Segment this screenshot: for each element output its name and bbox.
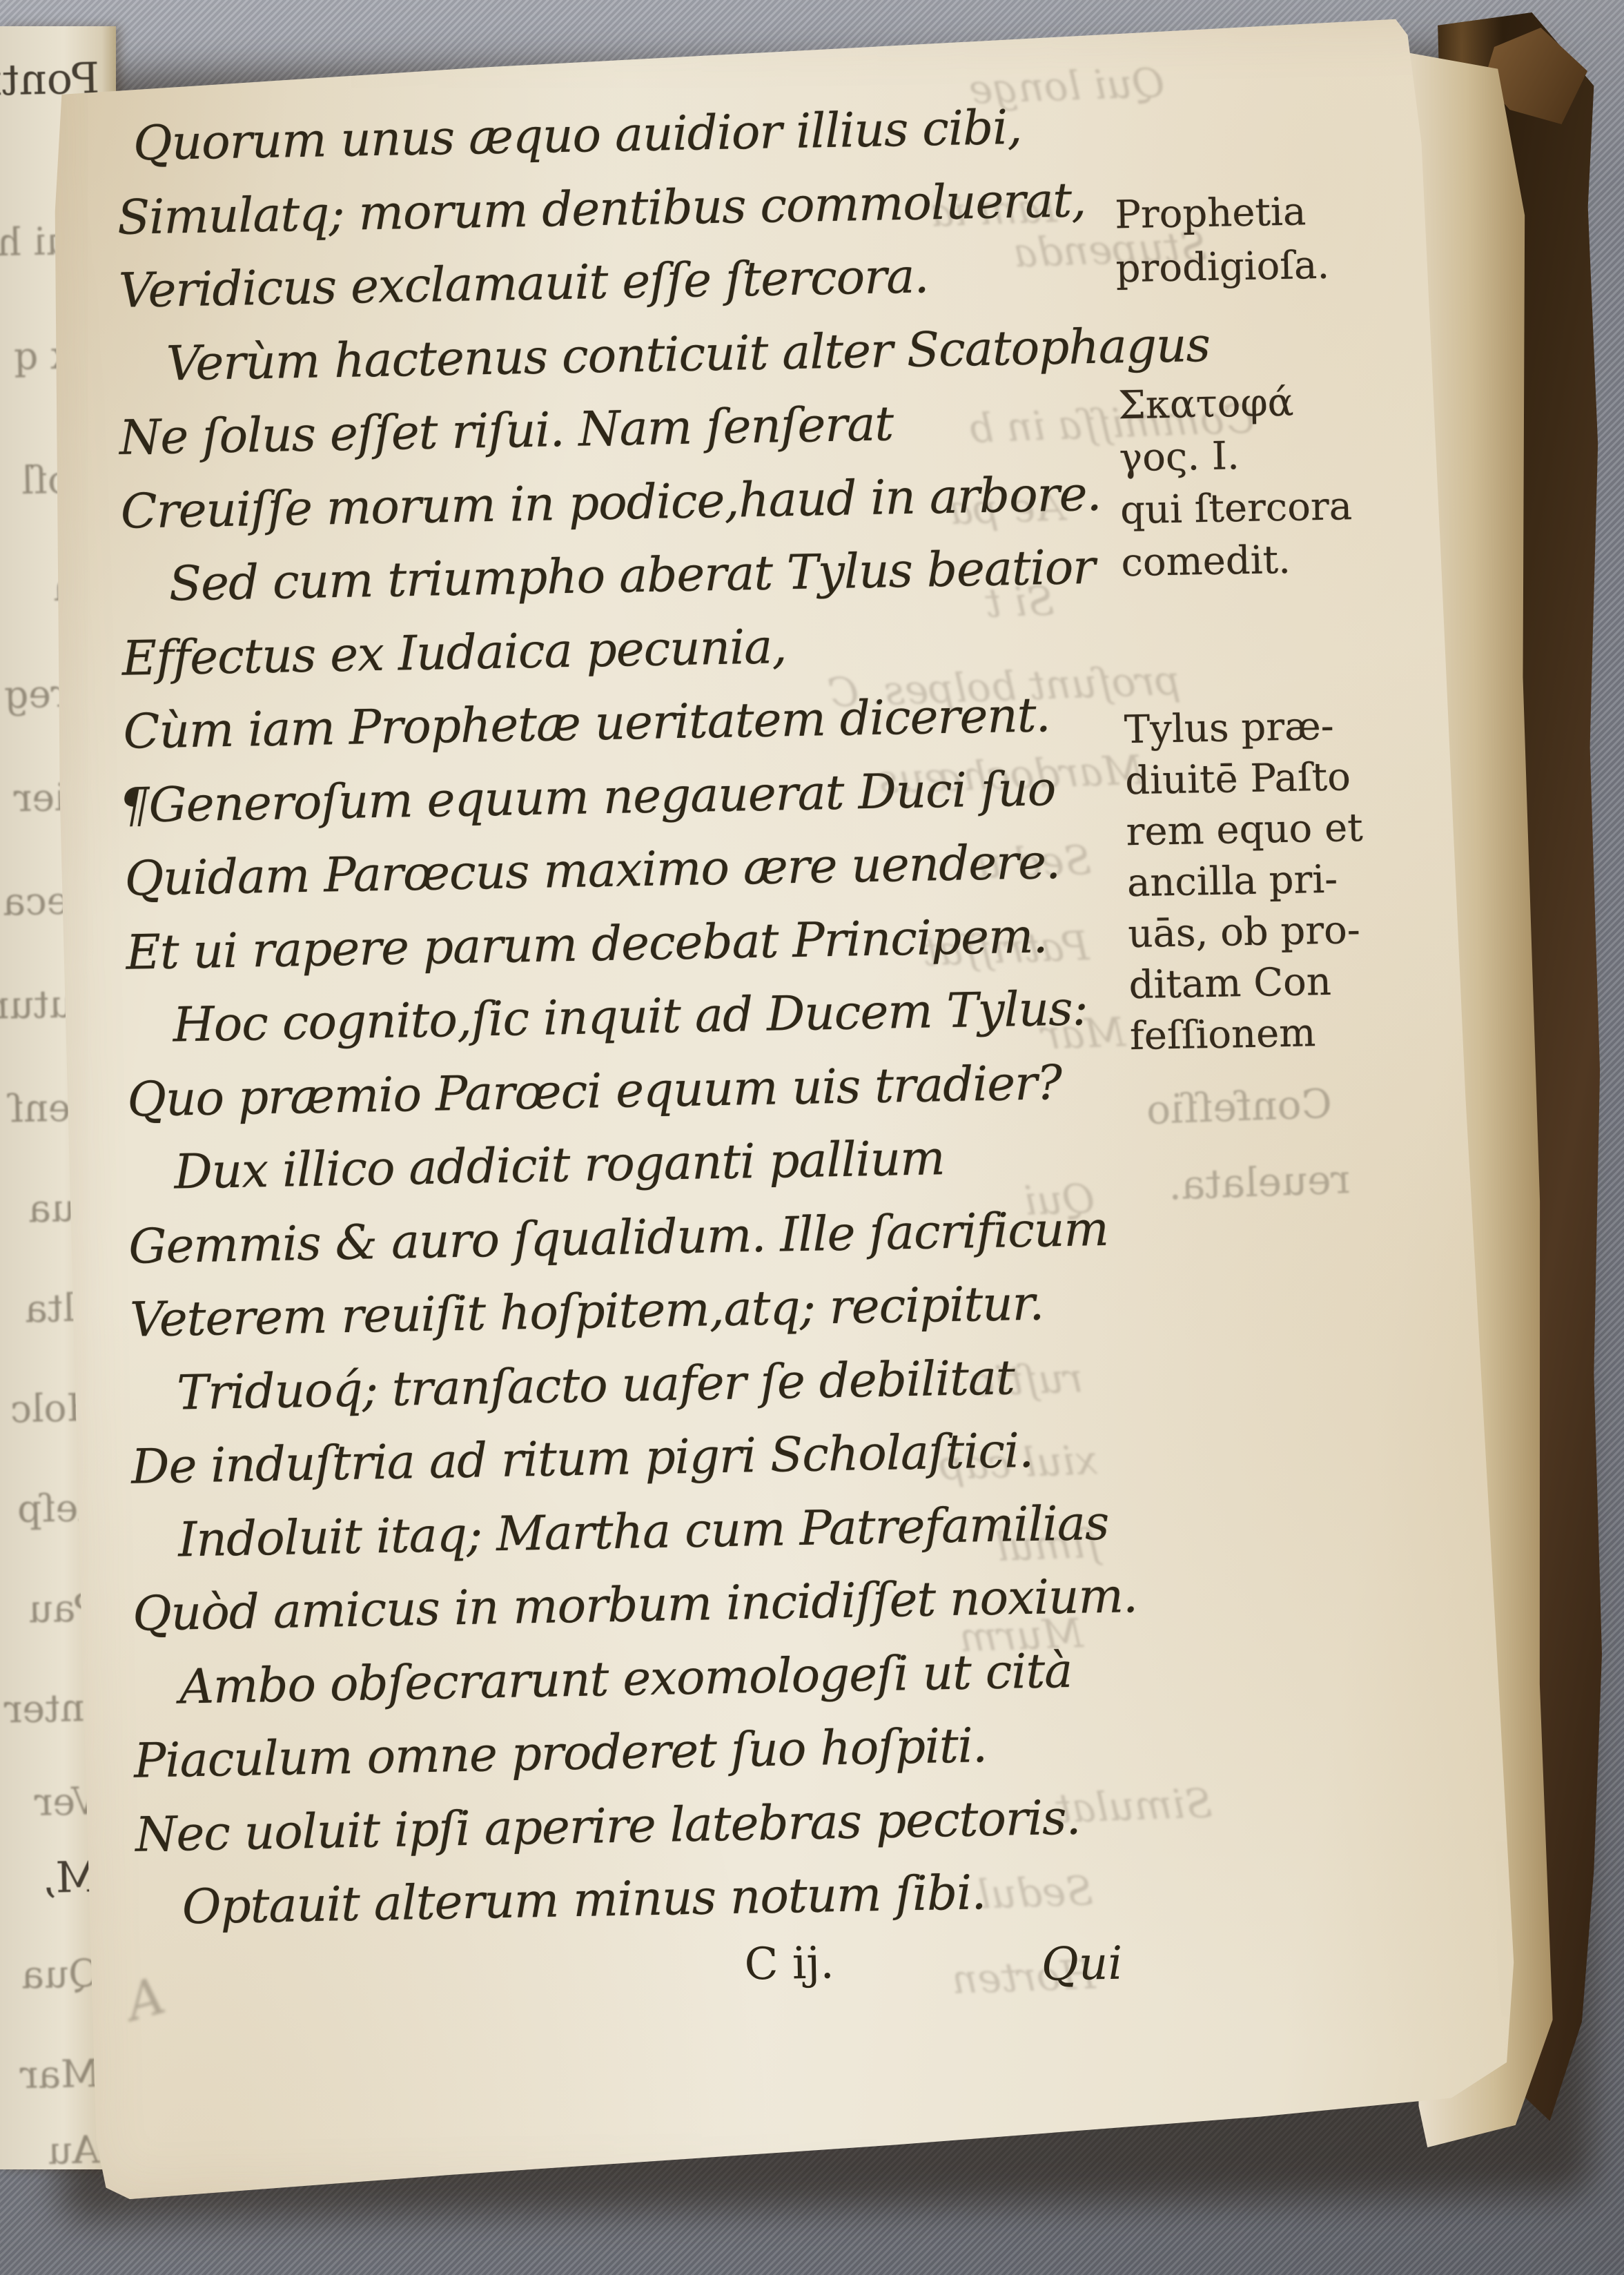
verse-line: Indoluit itaq; Martha cum Patrefamilias — [177, 1496, 1108, 1568]
bleed-fragment: Qua — [21, 1951, 100, 1997]
margin-note-tylus-line: feſſionem — [1129, 1010, 1315, 1059]
verse-line: Hoc cognito,ſic inquit ad Ducem Tylus: — [173, 981, 1088, 1053]
ghost-margin-note: reuelata. — [1168, 1155, 1351, 1209]
photo-of-book-page: { "photo": { "background_fabric_light": … — [0, 0, 1624, 2275]
bleed-fragment: Au — [47, 2127, 99, 2173]
margin-note-prophetia-line: prodigioſa. — [1115, 243, 1330, 292]
verse-line: Effectus ex Iudaica pecunia, — [121, 619, 787, 687]
bleed-fragment: Mar — [19, 2051, 100, 2097]
verse-line: Gemmis & auro ſqualidum. Ille ſacrificum — [128, 1202, 1109, 1275]
margin-note-scatophagos-line: qui ſtercora — [1120, 484, 1353, 533]
ghost-text: Sedul — [977, 1867, 1094, 1918]
margin-note-scatophagos-line: γος. I. — [1119, 433, 1240, 480]
verse-line: Dux illico addicit roganti pallium — [174, 1131, 946, 1200]
verse-line: Ambo obſecrarunt exomologeſi ut cità — [179, 1643, 1073, 1715]
verse-line: Quo præmio Parœci equum uis tradier? — [127, 1055, 1062, 1128]
margin-note-tylus-line: diuitē Paſto — [1125, 754, 1351, 803]
verse-line: Sed cum triumpho aberat Tylus beatior — [168, 540, 1095, 612]
margin-note-tylus-line: ancilla pri- — [1126, 857, 1338, 906]
margin-note-prophetia-line: Prophetia — [1115, 189, 1307, 237]
verse-line: ¶Generoſum equum negauerat Duci ſuo — [119, 761, 1056, 834]
verse-line: Quidam Parœcus maximo ære uendere. — [124, 834, 1061, 907]
verse-line: Quorum unus æquo auidior illius cibi, — [133, 100, 1021, 172]
verse-line: Optauit alterum minus notum ſibi. — [182, 1865, 986, 1935]
margin-note-tylus-line: rem equo et — [1126, 805, 1363, 855]
book-page: Qui longe Iam ia Stupenda Commiſſa in b … — [43, 12, 1556, 2206]
verse-line: De induſtria ad ritum pigri Scholaſtici. — [131, 1423, 1034, 1495]
margin-note-tylus-line: Tylus præ- — [1124, 704, 1334, 753]
ghost-margin-note: Confeſſio — [1146, 1080, 1333, 1133]
verse-line: Triduoq́; tranſacto uafer ſe debilitat — [177, 1350, 1015, 1420]
margin-note-tylus-line: ditam Con — [1128, 959, 1331, 1008]
margin-note-tylus-line: uās, ob pro- — [1128, 908, 1361, 957]
verse-line: Ne ſolus eſſet riſui. Nam ſenſerat — [119, 396, 894, 466]
catchword: Qui — [1041, 1937, 1123, 1991]
verse-line: Cùm iam Prophetæ ueritatem dicerent. — [123, 687, 1050, 760]
verse-line: Veridicus exclamauit eſſe ſtercora. — [118, 248, 929, 318]
margin-note-scatophagos-line: Σκατοφά — [1118, 380, 1294, 429]
verse-line: Veterem reuiſit hoſpitem,atq; recipitur. — [130, 1276, 1044, 1348]
verse-line: Nec uoluit ipſi aperire latebras pectori… — [135, 1790, 1081, 1863]
margin-note-scatophagos-line: comedit. — [1121, 538, 1291, 585]
verse-line: Et ui rapere parum decebat Principem. — [126, 908, 1048, 980]
signature-mark: C ij. — [744, 1937, 834, 1990]
ink-smudge: A — [120, 1966, 171, 2033]
verse-line: Verùm hactenus conticuit alter Scatophag… — [166, 318, 1210, 392]
verse-line: Piaculum omne proderet ſuo hoſpiti. — [133, 1718, 987, 1789]
